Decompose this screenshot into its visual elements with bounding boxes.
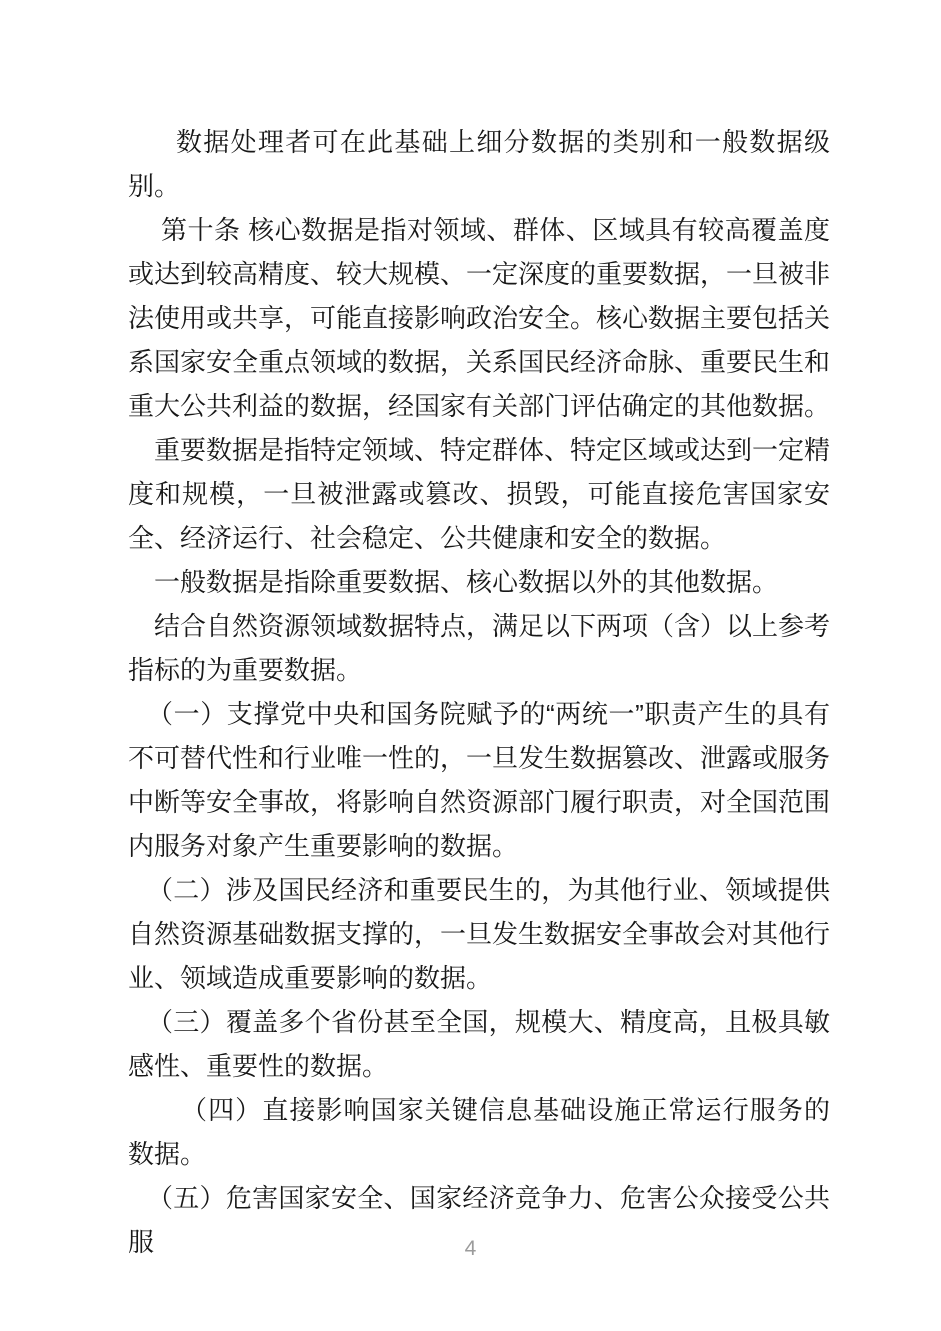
document-page: 数据处理者可在此基础上细分数据的类别和一般数据级别。 第十条 核心数据是指对领域… [0, 0, 941, 1331]
list-item-4: （四）直接影响国家关键信息基础设施正常运行服务的数据。 [128, 1088, 830, 1176]
paragraph-criteria-intro: 结合自然资源领域数据特点，满足以下两项（含）以上参考指标的为重要数据。 [128, 604, 830, 692]
paragraph-article-10-core-data: 第十条 核心数据是指对领域、群体、区域具有较高覆盖度或达到较高精度、较大规模、一… [128, 208, 830, 428]
paragraph-general-data-definition: 一般数据是指除重要数据、核心数据以外的其他数据。 [128, 560, 830, 604]
paragraph-data-processor-subdivision: 数据处理者可在此基础上细分数据的类别和一般数据级别。 [128, 120, 830, 208]
list-item-1: （一）支撑党中央和国务院赋予的“两统一”职责产生的具有不可替代性和行业唯一性的，… [128, 692, 830, 868]
list-item-3: （三）覆盖多个省份甚至全国，规模大、精度高，且极具敏感性、重要性的数据。 [128, 1000, 830, 1088]
document-body: 数据处理者可在此基础上细分数据的类别和一般数据级别。 第十条 核心数据是指对领域… [128, 120, 830, 1264]
list-item-2: （二）涉及国民经济和重要民生的，为其他行业、领域提供自然资源基础数据支撑的，一旦… [128, 868, 830, 1000]
paragraph-important-data-definition: 重要数据是指特定领域、特定群体、特定区域或达到一定精度和规模，一旦被泄露或篡改、… [128, 428, 830, 560]
page-number: 4 [0, 1237, 941, 1261]
